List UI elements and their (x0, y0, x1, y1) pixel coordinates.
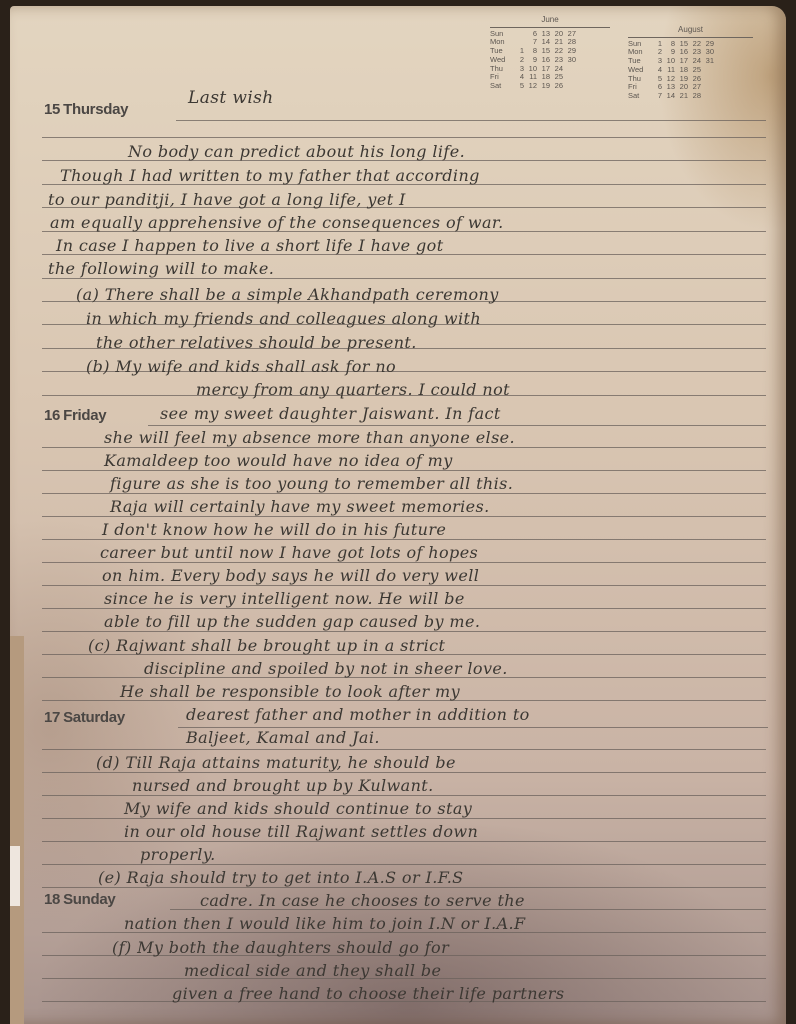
handwritten-line: (d) Till Raja attains maturity, he shoul… (96, 753, 456, 772)
handwritten-line: am equally apprehensive of the consequen… (50, 213, 504, 232)
ruled-line (42, 818, 766, 819)
date-cell (565, 82, 578, 91)
date-cell: 14 (664, 92, 677, 101)
ruled-line (42, 516, 766, 517)
date-cell (565, 65, 578, 74)
handwritten-line: No body can predict about his long life. (128, 142, 465, 161)
day-number: 15 (44, 101, 60, 118)
handwritten-line: the following will to make. (48, 259, 274, 278)
title-underline (176, 120, 766, 121)
ruled-line (42, 631, 766, 632)
day-name: Thursday (63, 101, 128, 118)
handwritten-line: discipline and spoiled by not in sheer l… (144, 659, 508, 678)
handwritten-line: Baljeet, Kamal and Jai. (186, 728, 380, 747)
day-name: Saturday (63, 709, 125, 726)
calendar-grid: Sun6132027 Mon7142128 Tue18152229 Wed291… (490, 30, 578, 91)
handwritten-line: Raja will certainly have my sweet memori… (110, 497, 490, 516)
ruled-line (42, 585, 766, 586)
handwritten-line: Kamaldeep too would have no idea of my (104, 451, 453, 470)
date-cell (703, 66, 716, 75)
day-name: Sunday (63, 891, 115, 908)
calendar-month-name: August (628, 26, 753, 35)
calendar-august: August Sun18152229 Mon29162330 Tue310172… (628, 26, 753, 101)
calendar-rule (628, 37, 753, 38)
calendar-month-name: June (490, 16, 610, 25)
handwritten-line: the other relatives should be present. (96, 333, 417, 352)
ruled-line (42, 470, 766, 471)
ruled-line (42, 137, 766, 138)
day-header-15-thursday: 15Thursday (44, 101, 128, 118)
handwritten-line: nursed and brought up by Kulwant. (132, 776, 434, 795)
date-cell (703, 83, 716, 92)
date-cell: 28 (690, 92, 703, 101)
ruled-line (42, 493, 766, 494)
ruled-line (42, 562, 766, 563)
day-number: 17 (44, 709, 60, 726)
calendar-june: June Sun6132027 Mon7142128 Tue18152229 W… (490, 16, 610, 91)
day-underline (148, 425, 766, 426)
weekday-label: Sat (490, 82, 513, 91)
ruled-line (42, 608, 766, 609)
calendar-grid: Sun18152229 Mon29162330 Tue310172431 Wed… (628, 40, 716, 101)
handwritten-line: properly. (140, 845, 216, 864)
handwritten-line: My wife and kids should continue to stay (124, 799, 472, 818)
day-header-16-friday: 16Friday (44, 407, 106, 424)
ruled-line (42, 864, 766, 865)
date-cell: 19 (539, 82, 552, 91)
date-cell (513, 30, 526, 39)
ruled-line (42, 841, 766, 842)
handwritten-line: see my sweet daughter Jaiswant. In fact (160, 404, 501, 423)
date-cell: 5 (513, 82, 526, 91)
handwritten-line: given a free hand to choose their life p… (172, 984, 564, 1003)
page-edge-gap (10, 846, 20, 906)
handwritten-line: He shall be responsible to look after my (120, 682, 460, 701)
handwritten-line: (a) There shall be a simple Akhandpath c… (76, 285, 499, 304)
ruled-line (42, 749, 766, 750)
day-number: 18 (44, 891, 60, 908)
handwritten-line: dearest father and mother in addition to (186, 705, 530, 724)
handwritten-line: mercy from any quarters. I could not (196, 380, 510, 399)
ruled-line (42, 795, 766, 796)
handwritten-line: medical side and they shall be (184, 961, 441, 980)
handwritten-line: Though I had written to my father that a… (60, 166, 480, 185)
date-cell: 12 (526, 82, 539, 91)
page-edge-shadow (10, 636, 24, 1024)
handwritten-line: figure as she is too young to remember a… (110, 474, 513, 493)
weekday-label: Sat (628, 92, 651, 101)
ruled-line (42, 539, 766, 540)
handwritten-line: to our panditji, I have got a long life,… (48, 190, 406, 209)
day-number: 16 (44, 407, 60, 424)
calendar-rule (490, 27, 610, 28)
ruled-line (42, 772, 766, 773)
day-header-18-sunday: 18Sunday (44, 891, 115, 908)
handwritten-line: able to fill up the sudden gap caused by… (104, 612, 480, 631)
handwritten-line: (e) Raja should try to get into I.A.S or… (98, 868, 464, 887)
handwritten-line: (f) My both the daughters should go for (112, 938, 449, 957)
entry-title: Last wish (188, 88, 274, 108)
day-header-17-saturday: 17Saturday (44, 709, 125, 726)
ruled-line (42, 447, 766, 448)
handwritten-line: (c) Rajwant shall be brought up in a str… (88, 636, 445, 655)
date-cell (703, 92, 716, 101)
date-cell: 31 (703, 57, 716, 66)
handwritten-line: In case I happen to live a short life I … (56, 236, 444, 255)
handwritten-line: in which my friends and colleagues along… (86, 309, 481, 328)
date-cell: 7 (651, 92, 664, 101)
handwritten-line: cadre. In case he chooses to serve the (200, 891, 525, 910)
handwritten-line: she will feel my absence more than anyon… (104, 428, 515, 447)
date-cell: 30 (565, 56, 578, 65)
ruled-line (42, 278, 766, 279)
date-cell (565, 73, 578, 82)
handwritten-line: on him. Every body says he will do very … (102, 566, 479, 585)
handwritten-line: (b) My wife and kids shall ask for no (86, 357, 396, 376)
ruled-line (42, 887, 766, 888)
date-cell: 26 (552, 82, 565, 91)
handwritten-line: I don't know how he will do in his futur… (102, 520, 446, 539)
handwritten-line: since he is very intelligent now. He wil… (104, 589, 465, 608)
date-cell: 21 (677, 92, 690, 101)
handwritten-line: nation then I would like him to join I.N… (124, 914, 526, 933)
date-cell (703, 75, 716, 84)
handwritten-line: in our old house till Rajwant settles do… (124, 822, 478, 841)
day-name: Friday (63, 407, 106, 424)
handwritten-line: career but until now I have got lots of … (100, 543, 478, 562)
